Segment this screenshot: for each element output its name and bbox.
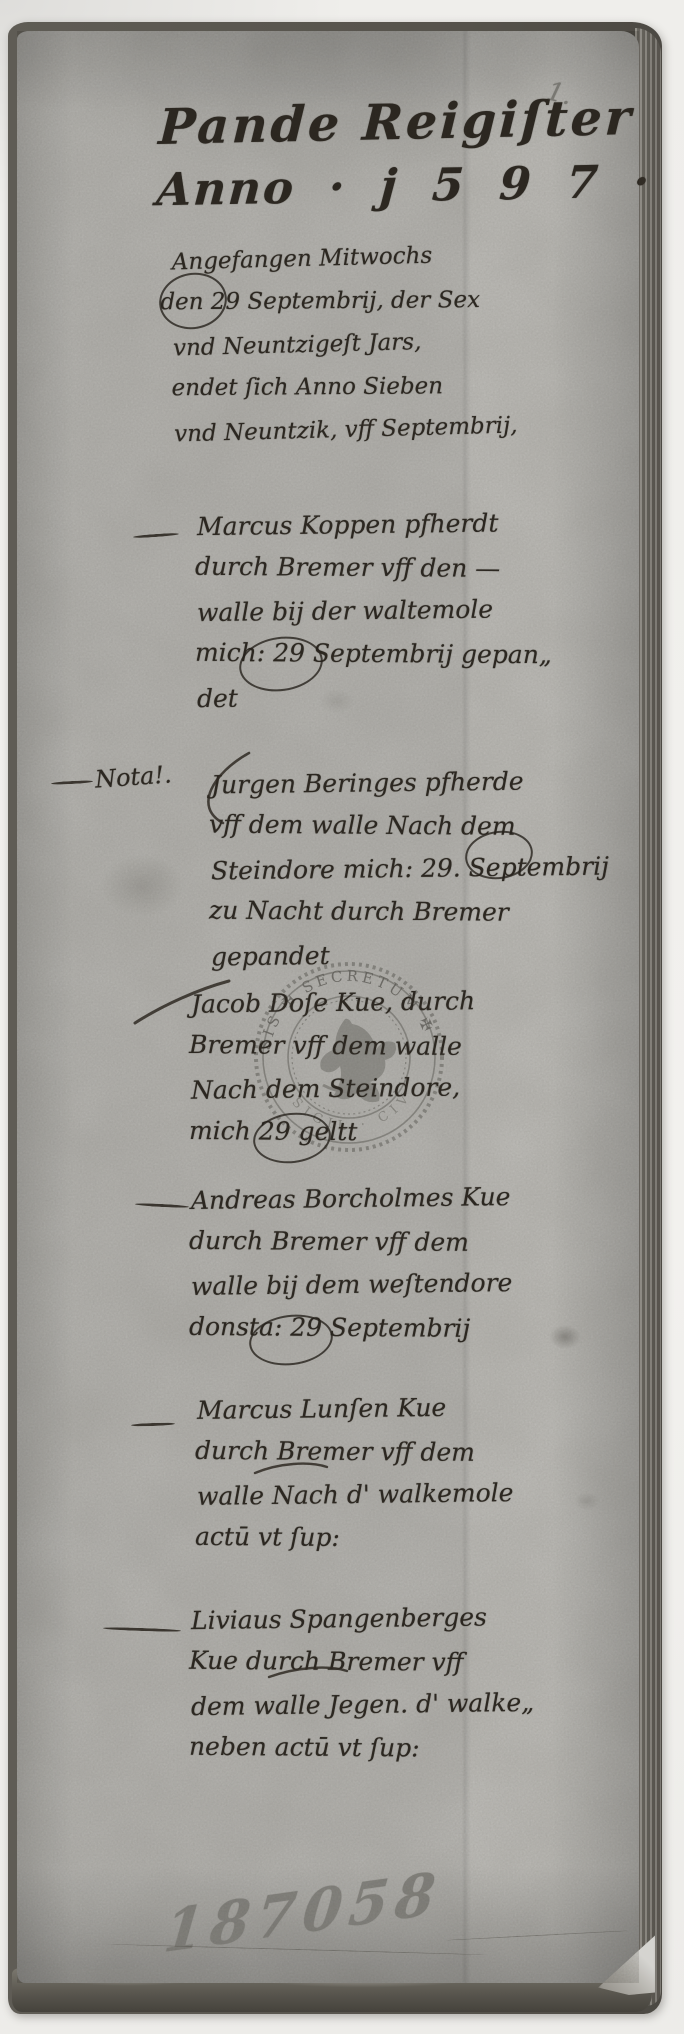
paper-crease: [447, 1930, 627, 1940]
paper-surface: SIS ✠ SECRETUM ✠ SIGIL · CIV 1. Pande Re…: [17, 31, 639, 1983]
register-entry: Liviaus Spangenberges Kue durch Bremer v…: [189, 1597, 532, 1769]
entry-line: actū vt ſup:: [195, 1515, 512, 1560]
intro-line: endet ſich Anno Sieben: [171, 365, 515, 410]
entry-line: Marcus Koppen pfherdt: [197, 501, 554, 548]
entry-line: neben actū vt ſup:: [189, 1725, 532, 1770]
entry-line: Jacob Doſe Kue, durch: [191, 979, 476, 1025]
entry-line: Andreas Borcholmes Kue: [191, 1175, 513, 1222]
entry-line: dem walle Jegen. d' walke„: [191, 1681, 535, 1728]
entry-line: Nach dem Steindore,: [191, 1065, 476, 1111]
entry-line: walle bij der waltemole: [197, 587, 554, 634]
margin-dash: [135, 1203, 189, 1209]
entry-line: walle bij dem weſtendore: [191, 1261, 513, 1308]
manuscript-scan: SIS ✠ SECRETUM ✠ SIGIL · CIV 1. Pande Re…: [0, 0, 684, 2034]
entry-line: durch Bremer vff den —: [195, 545, 552, 590]
entry-line: Bremer vff dem walle: [189, 1023, 473, 1068]
margin-note-nota: Nota!.: [94, 760, 172, 793]
entry-line: zu Nacht durch Bremer: [209, 889, 607, 935]
margin-dash: [133, 532, 179, 538]
margin-dash: [103, 1627, 181, 1633]
entry-line: durch Bremer vff dem: [195, 1429, 512, 1474]
register-entry: Jurgen Beringes pfherde vff dem walle Na…: [209, 761, 607, 976]
register-title: Pande Reigiſter: [157, 88, 635, 156]
entry-line: Liviaus Spangenberges: [191, 1595, 535, 1642]
margin-dash: [131, 1422, 175, 1427]
register-page: SIS ✠ SECRETUM ✠ SIGIL · CIV 1. Pande Re…: [8, 22, 662, 2014]
register-entry: Marcus Lunſen Kue durch Bremer vff dem w…: [195, 1387, 511, 1559]
margin-dash: [51, 780, 93, 785]
entry-line: Steindore mich: 29. Septembrij: [211, 845, 609, 893]
intro-line: Angefangen Mitwochs: [171, 232, 515, 284]
entry-line: Marcus Lunſen Kue: [197, 1385, 514, 1432]
intro-line: vnd Neuntzik, vff Septembrij,: [174, 404, 518, 456]
entry-line: Jurgen Beringes pfherde: [211, 759, 609, 807]
entry-line: vff dem walle Nach dem: [209, 803, 607, 849]
register-entry: Marcus Koppen pfherdt durch Bremer vff d…: [195, 503, 552, 718]
entry-line: mich 29 geltt: [189, 1109, 473, 1154]
entry-line: Kue durch Bremer vff: [189, 1639, 532, 1684]
entry-line: durch Bremer vff dem: [189, 1219, 511, 1264]
register-entry: Andreas Borcholmes Kue durch Bremer vff …: [189, 1177, 510, 1349]
intro-block: Angefangen Mitwochs den 29 Septembrij, d…: [170, 235, 516, 455]
register-entry: Jacob Doſe Kue, durch Bremer vff dem wal…: [189, 981, 473, 1153]
entry-line: gepandet: [211, 931, 609, 979]
register-year: Anno · j 5 9 7 ·: [155, 155, 653, 217]
entry-line: walle Nach d' walkemole: [197, 1471, 514, 1518]
intro-line: vnd Neuntzigeſt Jars,: [172, 318, 516, 370]
entry-line: donsta: 29 Septembrij: [189, 1305, 511, 1350]
